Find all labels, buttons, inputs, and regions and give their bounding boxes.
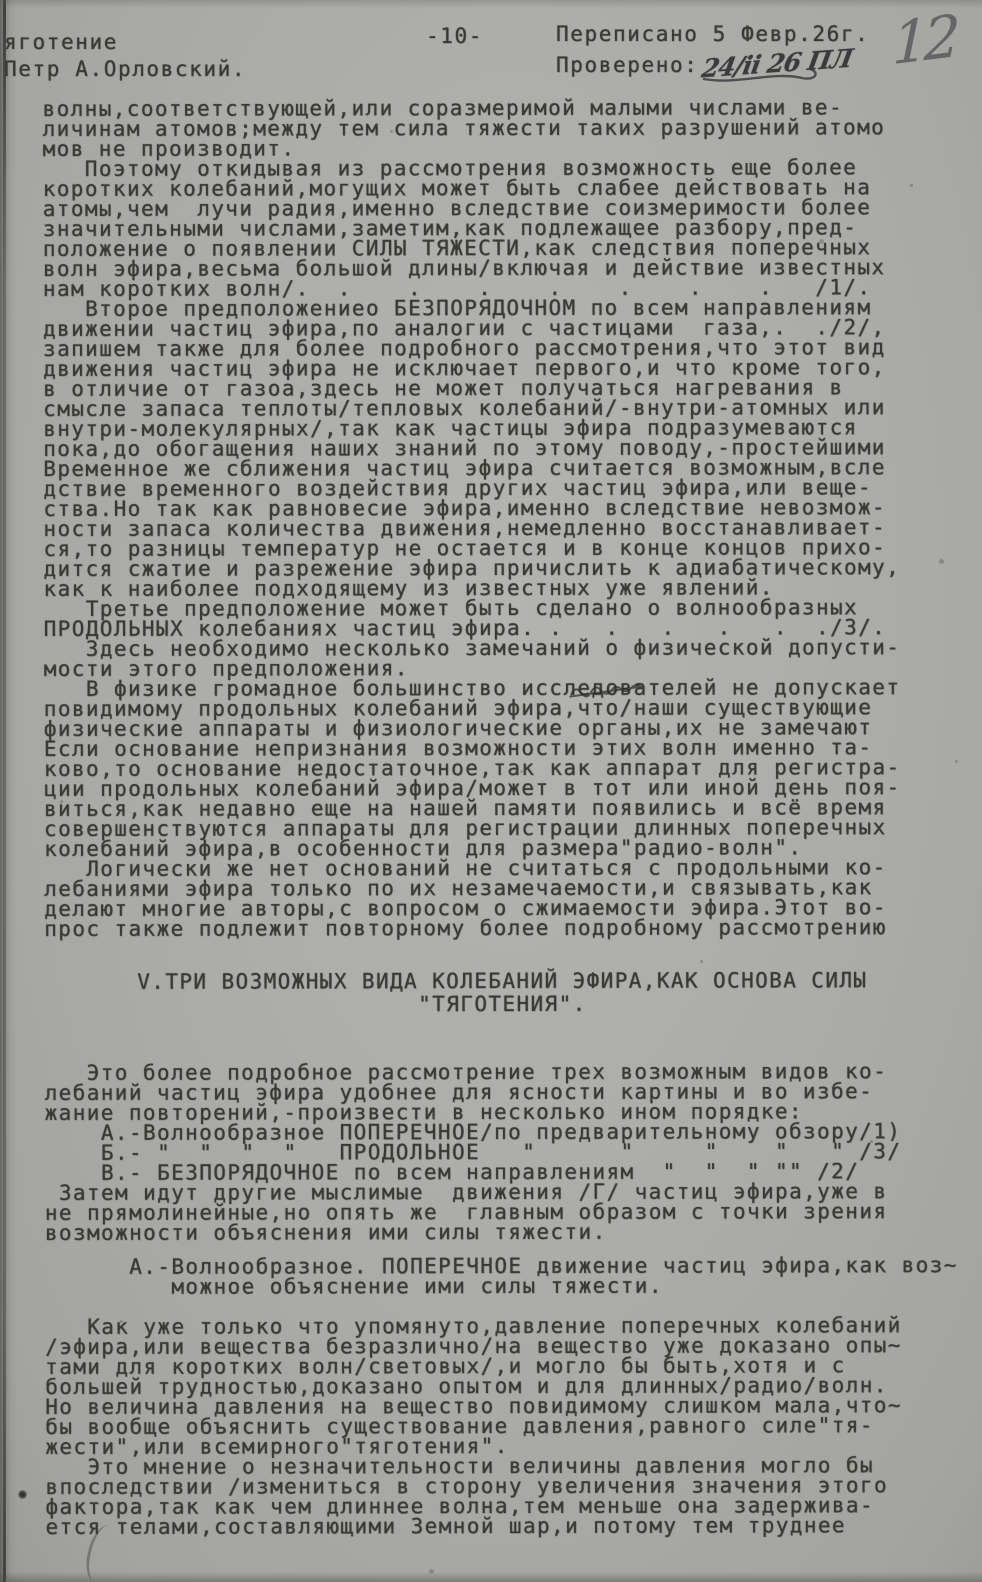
scanned-typewritten-page: яготение Петр А.Орловский. -10- Переписа… <box>0 0 982 1582</box>
paragraph-remarks-intro: Здесь необходимо несколько замечаний о ф… <box>44 637 960 679</box>
paragraph-physics-majority: В физике громадное большинство исследова… <box>44 677 960 859</box>
scan-edge-bottom <box>0 1572 982 1582</box>
typewritten-body: волны,соответствующей,или соразмеримой м… <box>42 97 961 1537</box>
paragraph-logical-grounds: Логически же нет оснований не считаться … <box>44 857 960 939</box>
paragraph-three-kinds-order-list: Это более подробное рассмотрение трех во… <box>45 1061 961 1243</box>
paragraph-transverse-pressure: Как уже только что упомянуто,давление по… <box>45 1315 961 1457</box>
section-a-heading: А.-Волнообразное. ПОПЕРЕЧНОЕ движение ча… <box>45 1255 961 1297</box>
margin-ink-dot <box>18 1490 27 1499</box>
checked-signature-handwriting: 24/ii 26 ПЛ <box>700 44 855 84</box>
checked-label: Проверено: <box>556 53 698 77</box>
page-number: -10- <box>426 24 483 48</box>
section-v-heading: V.ТРИ ВОЗМОЖНЫХ ВИДА КОЛЕБАНИЙ ЭФИРА,КАК… <box>44 969 960 1017</box>
scan-edge-top <box>0 0 982 8</box>
paragraph-second-hypothesis-chaotic: Второе предположениео БЕЗПОРЯДОЧНОМ по в… <box>43 297 960 599</box>
document-title-fragment: яготение <box>4 30 118 54</box>
scan-edge-left <box>0 0 18 1582</box>
paragraph-third-hypothesis-longitudinal: Третье предположение может быть сделано … <box>44 597 960 639</box>
checked-note: Проверено:24/ii 26 ПЛ <box>556 49 852 78</box>
paragraph-wavelength-atoms: волны,соответствующей,или соразмеримой м… <box>42 97 958 159</box>
checked-signature: 24/ii 26 ПЛ <box>702 49 852 78</box>
paragraph-opinion-magnitude: Это мнение о незначительности величины д… <box>45 1455 961 1537</box>
author-name: Петр А.Орловский. <box>4 57 246 81</box>
rewritten-date-note: Переписано 5 Февр.26г. <box>556 22 869 46</box>
corner-page-number-pencil: 12 <box>892 2 957 78</box>
paragraph-discard-short-oscillations: Поэтому откидывая из рассмотрения возмож… <box>43 157 959 299</box>
